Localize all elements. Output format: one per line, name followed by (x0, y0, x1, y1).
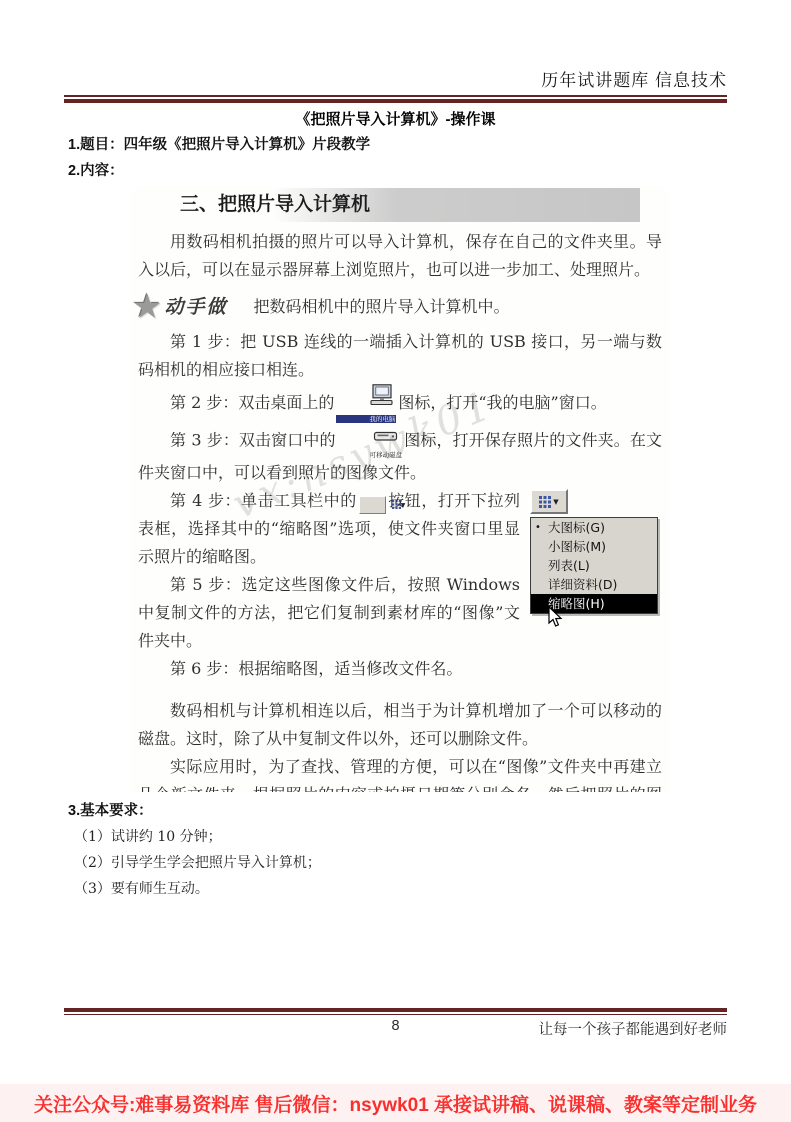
page-number: 8 (391, 1018, 399, 1034)
header-course-label: 历年试讲题库 信息技术 (541, 66, 727, 91)
views-button-icon: ▼ (530, 489, 568, 514)
promo-banner: 关注公众号:难事易资料库 售后微信：nsywk01 承接试讲稿、说课稿、教案等定… (0, 1084, 791, 1122)
footer-rule (64, 1008, 727, 1015)
requirement-item: （3）要有师生互动。 (74, 878, 209, 898)
step3-text-pre: 第 3 步：双击窗口中的 (170, 431, 336, 450)
menu-item-small-icons: 小图标(M) (531, 537, 657, 556)
content-label: 2.内容： (68, 159, 124, 180)
step4-text-pre: 第 4 步：单击工具栏中的 (170, 491, 357, 510)
footer-rule-thin (64, 1014, 727, 1015)
cursor-icon (547, 606, 564, 628)
removable-disk-icon-caption: 可移动磁盘 (338, 451, 403, 459)
scan-paragraph-intro: 用数码相机拍摄的照片可以导入计算机，保存在自己的文件夹里。导入以后，可以在显示器… (130, 228, 670, 284)
scan-step-2: 第 2 步：双击桌面上的我的电脑图标，打开“我的电脑”窗口。 (130, 384, 670, 423)
scan-paragraph-tips: 实际应用时，为了查找、管理的方便，可以在“图像”文件夹中再建立几个新文件夹，根据… (130, 753, 670, 792)
requirement-item: （2）引导学生学会把照片导入计算机； (74, 852, 321, 872)
page-title: 《把照片导入计算机》-操作课 (0, 108, 791, 129)
menu-item-label: 大图标(G) (548, 520, 605, 535)
footer: 8 让每一个孩子都能遇到好老师 (64, 1018, 727, 1038)
views-menu-figure: ▼ •大图标(G) 小图标(M) 列表(L) 详细资料(D) 缩略图(H) (530, 489, 668, 614)
my-computer-icon: 我的电脑 (336, 384, 396, 423)
my-computer-icon-caption: 我的电脑 (336, 415, 396, 423)
scan-step-3: 第 3 步：双击窗口中的可移动磁盘图标，打开保存照片的文件夹。在文件夹窗口中，可… (130, 423, 670, 487)
step2-text-post: 图标，打开“我的电脑”窗口。 (398, 393, 606, 412)
scan-step-1: 第 1 步：把 USB 连线的一端插入计算机的 USB 接口，另一端与数码相机的… (130, 328, 670, 384)
removable-disk-icon: 可移动磁盘 (338, 423, 403, 459)
chevron-down-icon: ▼ (553, 488, 558, 516)
textbook-scan: 三、把照片导入计算机 用数码相机拍摄的照片可以导入计算机，保存在自己的文件夹里。… (130, 186, 670, 792)
hands-on-label: 动手做 (164, 293, 227, 321)
scan-section-heading: 三、把照片导入计算机 (130, 188, 640, 222)
scan-step-6: 第 6 步：根据缩略图，适当修改文件名。 (130, 655, 670, 683)
header-rule (64, 95, 727, 103)
document-page: 历年试讲题库 信息技术 《把照片导入计算机》-操作课 1.题目：四年级《把照片导… (0, 0, 791, 1122)
menu-item-list: 列表(L) (531, 556, 657, 575)
step2-text-pre: 第 2 步：双击桌面上的 (170, 393, 334, 412)
menu-item-label: 详细资料(D) (548, 577, 617, 592)
star-icon: ★ (132, 290, 162, 324)
views-button-inline-icon: ▼ (359, 496, 386, 514)
footer-slogan: 让每一个孩子都能遇到好老师 (539, 1018, 728, 1039)
topic-line: 1.题目：四年级《把照片导入计算机》片段教学 (68, 133, 370, 154)
views-dropdown-menu: •大图标(G) 小图标(M) 列表(L) 详细资料(D) 缩略图(H) (530, 517, 658, 614)
menu-item-label: 小图标(M) (548, 539, 606, 554)
grid-icon (539, 496, 551, 508)
header-rule-thick (64, 99, 727, 103)
requirements-heading: 3.基本要求： (68, 799, 153, 820)
menu-item-details: 详细资料(D) (531, 575, 657, 594)
hands-on-row: ★ 动手做 把数码相机中的照片导入计算机中。 (132, 288, 670, 326)
hands-on-text: 把数码相机中的照片导入计算机中。 (254, 293, 510, 321)
menu-item-large-icons: •大图标(G) (531, 518, 657, 537)
radio-bullet-icon: • (535, 518, 541, 537)
footer-rule-thick (64, 1008, 727, 1012)
promo-banner-text: 关注公众号:难事易资料库 售后微信：nsywk01 承接试讲稿、说课稿、教案等定… (34, 1090, 757, 1117)
header-rule-thin (64, 95, 727, 97)
menu-item-label: 列表(L) (548, 558, 590, 573)
scan-paragraph-summary: 数码相机与计算机相连以后，相当于为计算机增加了一个可以移动的磁盘。这时，除了从中… (130, 697, 670, 753)
requirement-item: （1）试讲约 10 分钟； (74, 826, 222, 846)
